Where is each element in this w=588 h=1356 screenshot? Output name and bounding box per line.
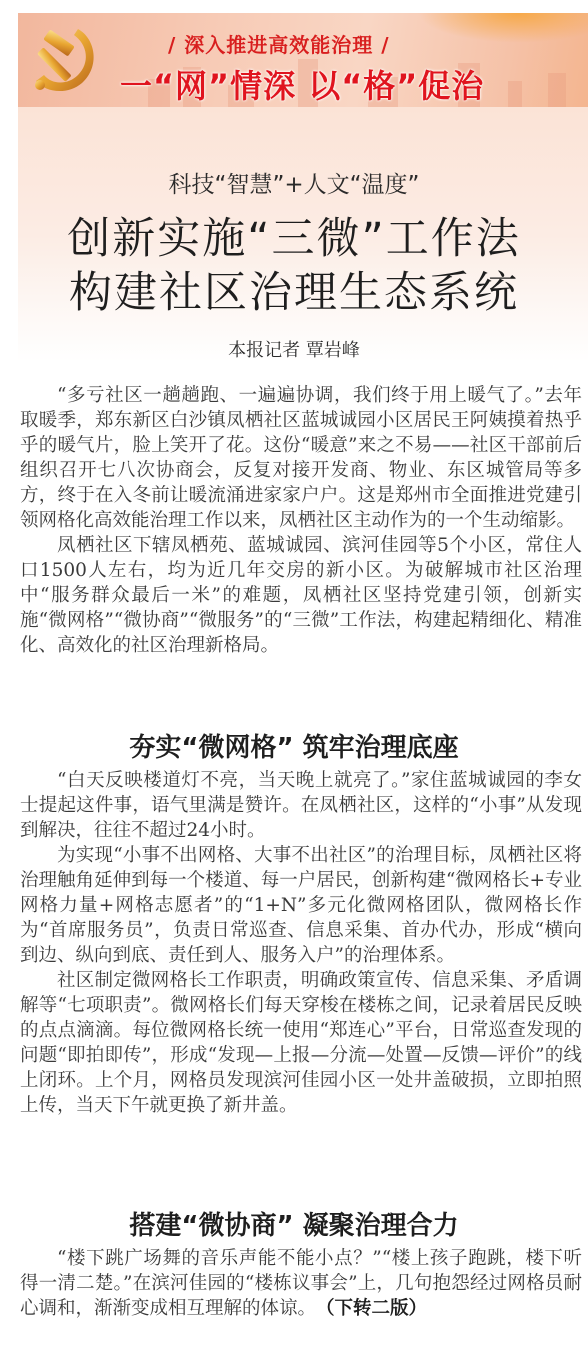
paragraph: 凤栖社区下辖凤栖苑、蓝城诚园、滨河佳园等5个小区，常住人口1500人左右，均为近… (20, 533, 582, 658)
paragraph: “多亏社区一趟趟跑、一遍遍协调，我们终于用上暖气了。”去年取暖季，郑东新区白沙镇… (20, 383, 582, 533)
series-label: / 深入推进高效能治理 / (168, 29, 390, 58)
intro-body: “多亏社区一趟趟跑、一遍遍协调，我们终于用上暖气了。”去年取暖季，郑东新区白沙镇… (20, 383, 582, 658)
continued-on-page-2-link[interactable]: （下转二版） (325, 1298, 427, 1319)
paragraph: 为实现“小事不出网格、大事不出社区”的治理目标，凤栖社区将治理触角延伸到每一个楼… (20, 843, 582, 968)
headline-line-1: 创新实施“三微”工作法 (0, 212, 588, 266)
column-banner: / 深入推进高效能治理 / 一“网”情深 以“格”促治 (18, 13, 588, 107)
column-title: 一“网”情深 以“格”促治 (120, 61, 484, 107)
hammer-sickle-emblem-icon (26, 23, 102, 99)
paragraph-text: “楼下跳广场舞的音乐声能不能小点？”“楼上孩子跑跳，楼下听得一清二楚。”在滨河佳… (20, 1248, 582, 1319)
paragraph: “白天反映楼道灯不亮，当天晚上就亮了。”家住蓝城诚园的李女士提起这件事，语气里满… (20, 768, 582, 843)
section-body: “楼下跳广场舞的音乐声能不能小点？”“楼上孩子跑跳，楼下听得一清二楚。”在滨河佳… (20, 1246, 582, 1321)
banner-glow (418, 13, 588, 43)
paragraph: 社区制定微网格长工作职责，明确政策宣传、信息采集、矛盾调解等“七项职责”。微网格… (20, 968, 582, 1118)
paragraph: “楼下跳广场舞的音乐声能不能小点？”“楼上孩子跑跳，楼下听得一清二楚。”在滨河佳… (20, 1246, 582, 1321)
kicker-title: 科技“智慧”+人文“温度” (0, 166, 588, 199)
byline: 本报记者 覃岩峰 (0, 336, 588, 362)
section-subhead: 夯实“微网格” 筑牢治理底座 (0, 727, 588, 764)
headline-line-2: 构建社区治理生态系统 (0, 266, 588, 320)
section-subhead: 搭建“微协商” 凝聚治理合力 (0, 1205, 588, 1242)
section-body: “白天反映楼道灯不亮，当天晚上就亮了。”家住蓝城诚园的李女士提起这件事，语气里满… (20, 768, 582, 1118)
